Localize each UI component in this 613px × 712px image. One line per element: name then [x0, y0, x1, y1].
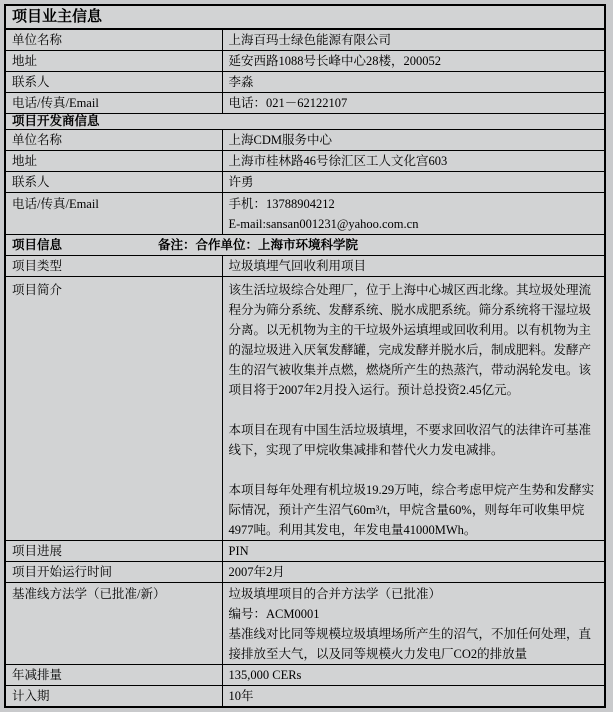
developer-email: E-mail:sansan001231@yahoo.com.cn: [229, 214, 599, 234]
table-row: 联系人 许勇: [5, 172, 605, 193]
owner-unit-value: 上海百玛士绿色能源有限公司: [222, 29, 605, 51]
owner-section-title: 项目业主信息: [5, 5, 605, 29]
table-row: 项目信息备注：合作单位：上海市环境科学院: [5, 235, 605, 256]
methodology-description: 基准线对比同等规模垃圾填埋场所产生的沼气，不加任何处理，直接排放至大气，以及同等…: [229, 624, 599, 664]
developer-address-label: 地址: [5, 151, 222, 172]
project-start-label: 项目开始运行时间: [5, 562, 222, 583]
project-brief-label: 项目简介: [5, 277, 222, 541]
crediting-period-value: 10年: [222, 686, 605, 708]
annual-reduction-value: 135,000 CERs: [222, 665, 605, 686]
table-row: 地址 延安西路1088号长峰中心28楼，200052: [5, 51, 605, 72]
project-section-title: 项目信息: [12, 235, 158, 255]
table-row: 项目进展 PIN: [5, 541, 605, 562]
owner-phone-label: 电话/传真/Email: [5, 93, 222, 114]
project-type-value: 垃圾填埋气回收利用项目: [222, 256, 605, 277]
table-row: 计入期 10年: [5, 686, 605, 708]
developer-unit-value: 上海CDM服务中心: [222, 130, 605, 151]
methodology-number: 编号：ACM0001: [229, 604, 599, 624]
project-brief-value: 该生活垃圾综合处理厂，位于上海中心城区西北缘。其垃圾处理流程分为筛分系统、发酵系…: [222, 277, 605, 541]
project-type-label: 项目类型: [5, 256, 222, 277]
project-section-note: 备注：合作单位：上海市环境科学院: [158, 238, 358, 252]
developer-phone-label: 电话/传真/Email: [5, 193, 222, 235]
developer-mobile: 手机：13788904212: [229, 194, 599, 214]
owner-contact-person-label: 联系人: [5, 72, 222, 93]
brief-paragraph-2: 本项目在现有中国生活垃圾填埋，不要求回收沼气的法律许可基准线下，实现了甲烷收集减…: [229, 420, 599, 460]
table-row: 地址 上海市桂林路46号徐汇区工人文化宫603: [5, 151, 605, 172]
table-row: 单位名称 上海CDM服务中心: [5, 130, 605, 151]
project-progress-label: 项目进展: [5, 541, 222, 562]
developer-contact-person-value: 许勇: [222, 172, 605, 193]
brief-paragraph-1: 该生活垃圾综合处理厂，位于上海中心城区西北缘。其垃圾处理流程分为筛分系统、发酵系…: [229, 280, 599, 400]
developer-section-title: 项目开发商信息: [5, 114, 605, 130]
table-row: 单位名称 上海百玛士绿色能源有限公司: [5, 29, 605, 51]
owner-address-value: 延安西路1088号长峰中心28楼，200052: [222, 51, 605, 72]
developer-address-value: 上海市桂林路46号徐汇区工人文化宫603: [222, 151, 605, 172]
project-section-header: 项目信息备注：合作单位：上海市环境科学院: [5, 235, 605, 256]
owner-unit-label: 单位名称: [5, 29, 222, 51]
table-row: 项目简介 该生活垃圾综合处理厂，位于上海中心城区西北缘。其垃圾处理流程分为筛分系…: [5, 277, 605, 541]
table-row: 项目类型 垃圾填埋气回收利用项目: [5, 256, 605, 277]
table-row: 项目业主信息: [5, 5, 605, 29]
methodology-label: 基准线方法学（已批准/新）: [5, 583, 222, 665]
table-row: 年减排量 135,000 CERs: [5, 665, 605, 686]
developer-phone-value: 手机：13788904212 E-mail:sansan001231@yahoo…: [222, 193, 605, 235]
annual-reduction-label: 年减排量: [5, 665, 222, 686]
table-row: 电话/传真/Email 电话：021－62122107: [5, 93, 605, 114]
crediting-period-label: 计入期: [5, 686, 222, 708]
methodology-name: 垃圾填埋项目的合并方法学（已批准）: [229, 584, 599, 604]
brief-paragraph-3: 本项目每年处理有机垃圾19.29万吨，综合考虑甲烷产生势和发酵实际情况，预计产生…: [229, 480, 599, 540]
methodology-value: 垃圾填埋项目的合并方法学（已批准） 编号：ACM0001 基准线对比同等规模垃圾…: [222, 583, 605, 665]
developer-unit-label: 单位名称: [5, 130, 222, 151]
table-row: 项目开始运行时间 2007年2月: [5, 562, 605, 583]
project-progress-value: PIN: [222, 541, 605, 562]
owner-address-label: 地址: [5, 51, 222, 72]
project-start-value: 2007年2月: [222, 562, 605, 583]
developer-contact-person-label: 联系人: [5, 172, 222, 193]
table-row: 联系人 李淼: [5, 72, 605, 93]
project-info-table: 项目业主信息 单位名称 上海百玛士绿色能源有限公司 地址 延安西路1088号长峰…: [4, 4, 606, 708]
owner-phone-value: 电话：021－62122107: [222, 93, 605, 114]
table-row: 项目开发商信息: [5, 114, 605, 130]
owner-contact-person-value: 李淼: [222, 72, 605, 93]
table-row: 电话/传真/Email 手机：13788904212 E-mail:sansan…: [5, 193, 605, 235]
table-row: 基准线方法学（已批准/新） 垃圾填埋项目的合并方法学（已批准） 编号：ACM00…: [5, 583, 605, 665]
